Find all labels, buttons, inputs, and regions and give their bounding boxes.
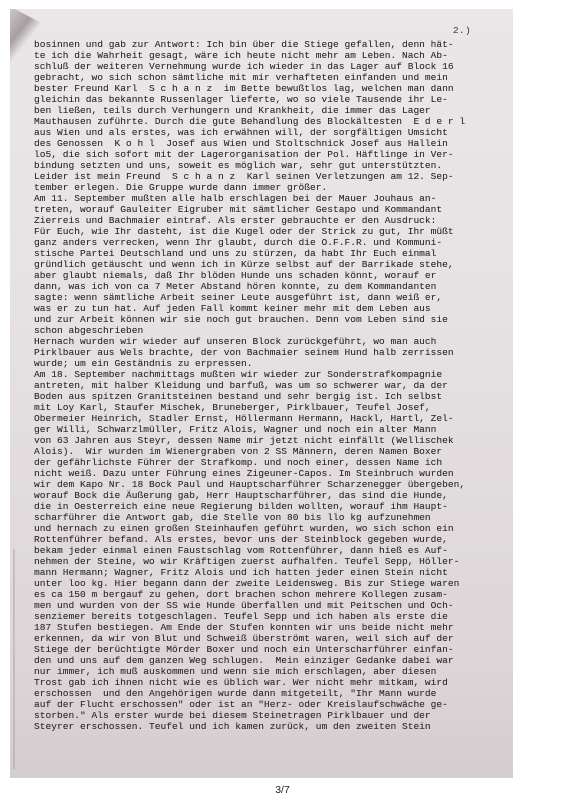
text-line: Alois). Wir wurden im Wienergraben von 2… (34, 446, 504, 457)
text-line: der gefährlichste Führer der Strafkomp. … (34, 457, 504, 468)
text-line: Steyrer erschossen. Teufel und ich kamen… (34, 721, 504, 732)
text-line: 187 Stufen bestiegen. Am Ende der Stufen… (34, 622, 504, 633)
text-line: Hernach wurden wir wieder auf unseren Bl… (34, 336, 504, 347)
text-line: te ich die Wahrheit gesagt, wäre ich heu… (34, 50, 504, 61)
text-line: nehmen der Steine, wo wir Kräftigen zuer… (34, 556, 504, 567)
text-line: bekam jeder einmal einen Faustschlag vom… (34, 545, 504, 556)
text-line: die in Oesterreich eine neue Regierung b… (34, 501, 504, 512)
page-marker: 2.) (453, 25, 471, 36)
text-line: und hernach zu einen großen Steinhaufen … (34, 523, 504, 534)
text-line: ger Willi, Schwarzlmüller, Fritz Alois, … (34, 424, 504, 435)
text-line: auf der Flucht erschossen" oder ist an "… (34, 699, 504, 710)
text-line: von 63 Jahren aus Steyr, dessen Name mir… (34, 435, 504, 446)
text-line: schluß der weiteren Vernehmung wurde ich… (34, 61, 504, 72)
text-line: tember erlegen. Die Gruppe wurde dann im… (34, 182, 504, 193)
text-line: Trost gab ich ihnen nicht wie es üblich … (34, 677, 504, 688)
text-line: wir dem Kapo Nr. 18 Bock Paul und Haupts… (34, 479, 504, 490)
text-line: Leider ist mein Freund S c h a n z Karl … (34, 171, 504, 182)
text-line: bester Freund Karl S c h a n z im Bette … (34, 83, 504, 94)
text-line: bindung setzten und uns, soweit es mögli… (34, 160, 504, 171)
text-line: es ca 150 m bergauf zu gehen, dort brach… (34, 589, 504, 600)
text-line: Am 11. September mußten alle halb erschl… (34, 193, 504, 204)
text-line: men und wurden von der SS wie Hunde über… (34, 600, 504, 611)
text-line: erkennen, da wir von Blut und Schweiß üb… (34, 633, 504, 644)
text-line: unter loo kg. Hier begann dann der zweit… (34, 578, 504, 589)
document-viewer: 2.) bosinnen und gab zur Antwort: Ich bi… (0, 0, 565, 800)
text-line: mann Hermann; Wagner, Fritz Alois und ic… (34, 567, 504, 578)
text-line: ganz anders verrecken, wenn Ihr glaubt, … (34, 237, 504, 248)
text-line: Obermeier Heinrich, Stadler Ernst, Hölle… (34, 413, 504, 424)
text-line: Pirklbauer aus Wels brachte, der von Bac… (34, 347, 504, 358)
typewritten-text: bosinnen und gab zur Antwort: Ich bin üb… (34, 39, 504, 732)
page-indicator: 3/7 (0, 784, 565, 796)
text-line: schon abgeschrieben (34, 325, 504, 336)
text-line: Boden aus spitzen Granitsteinen bestand … (34, 391, 504, 402)
text-line: storben." Als erster wurde bei diesem St… (34, 710, 504, 721)
text-line: Rottenführer befand. Als erstes, bevor u… (34, 534, 504, 545)
text-line: treten, worauf Gauleiter Eigruber mit sä… (34, 204, 504, 215)
text-line: antreten, mit halber Kleidung und barfuß… (34, 380, 504, 391)
text-line: Zierreis und Bachmaier eintraf. Als erst… (34, 215, 504, 226)
text-line: Stiege der berüchtigte Mörder Boxer und … (34, 644, 504, 655)
text-line: Am 18. September nachmittags mußten wir … (34, 369, 504, 380)
text-line: des Genossen K o h l Josef aus Wien und … (34, 138, 504, 149)
text-line: scharführer die Antwort gab, die Stelle … (34, 512, 504, 523)
text-line: mit Loy Karl, Staufer Mischek, Bruneberg… (34, 402, 504, 413)
text-line: gründlich getäuscht und wenn ich in Kürz… (34, 259, 504, 270)
text-line: bosinnen und gab zur Antwort: Ich bin üb… (34, 39, 504, 50)
text-line: lo5, die sich sofort mit der Lagerorgani… (34, 149, 504, 160)
text-line: sagte: wenn sämtliche Arbeit seiner Leut… (34, 292, 504, 303)
text-line: nur immer, ich muß auskommen und wenn si… (34, 666, 504, 677)
text-line: gebracht, wo sich schon sämtliche mit mi… (34, 72, 504, 83)
text-line: wurde; um ein Geständnis zu erpressen. (34, 358, 504, 369)
text-line: aus Wien und als erstes, was ich erwähne… (34, 127, 504, 138)
text-line: nicht weiß. Dazu unter Führung eines Zig… (34, 468, 504, 479)
text-line: gleichin das bekannte Russenlager liefer… (34, 94, 504, 105)
text-line: Für Euch, wie Ihr dasteht, ist die Kugel… (34, 226, 504, 237)
text-line: erschossen und den Angehörigen wurde dan… (34, 688, 504, 699)
text-line: senziemer bereits totgeschlagen. Teufel … (34, 611, 504, 622)
text-line: und zur Arbeit können wir sie noch gut b… (34, 314, 504, 325)
text-line: den und uns auf dem ganzen Weg schlugen.… (34, 655, 504, 666)
text-line: worauf Bock die Äußerung gab, Herr Haupt… (34, 490, 504, 501)
text-line: aber glaubt niemals, daß Ihr blöden Hund… (34, 270, 504, 281)
text-line: was er zu tun hat. Auf jeden Fall kommt … (34, 303, 504, 314)
scanned-page: 2.) bosinnen und gab zur Antwort: Ich bi… (10, 9, 513, 778)
text-line: Mauthausen zuführte. Durch die gute Beha… (34, 116, 504, 127)
text-line: ben ließen, teils durch Verhungern und K… (34, 105, 504, 116)
text-line: dann, was ich von ca 7 Meter Abstand hör… (34, 281, 504, 292)
text-line: stische Partei Deutschland und uns zu st… (34, 248, 504, 259)
